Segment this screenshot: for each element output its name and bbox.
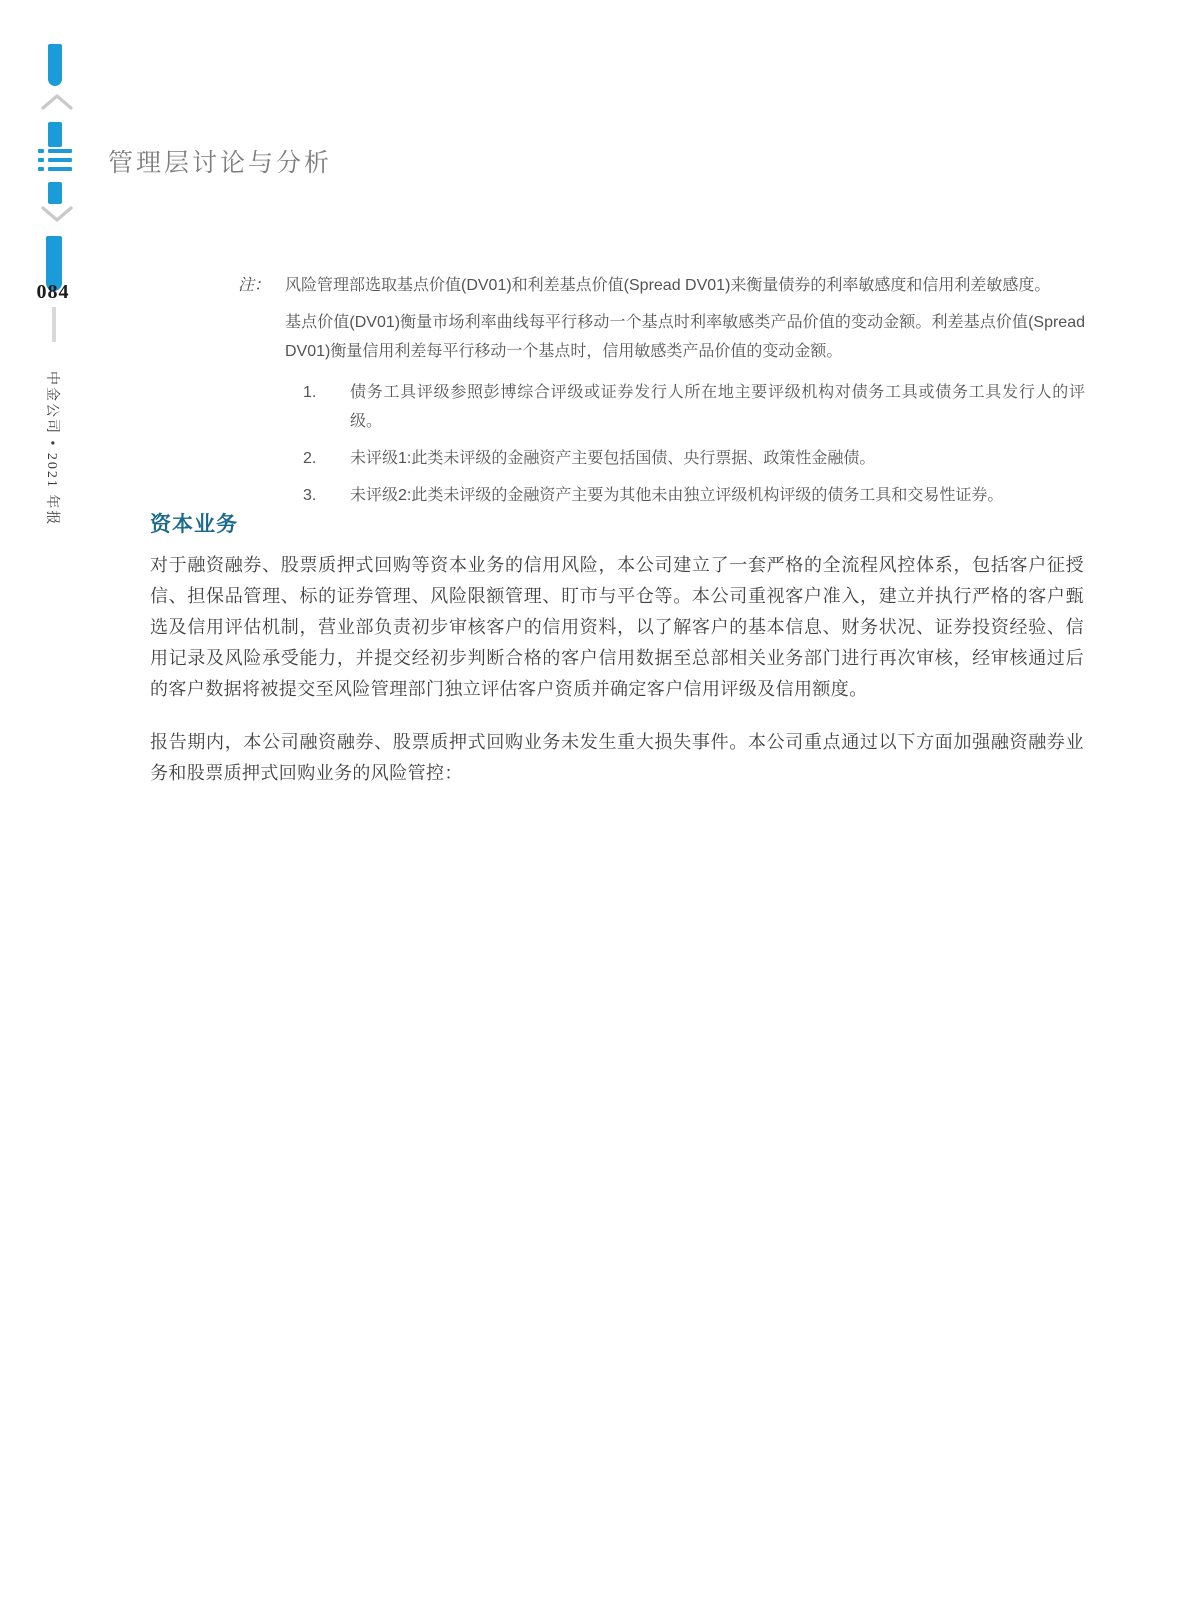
chapter-header: 管理层讨论与分析 [108,143,332,179]
page-number-rule [52,307,56,342]
note-intro-text: 风险管理部选取基点价值(DV01)和利差基点价值(Spread DV01)来衡量… [285,271,1085,300]
accent-square-1 [48,122,62,147]
chevron-down-icon [41,205,73,223]
body-paragraph-2: 报告期内，本公司融资融券、股票质押式回购业务未发生重大损失事件。本公司重点通过以… [150,727,1084,789]
note-item-number: 3. [303,481,350,510]
accent-bar-top [48,44,62,86]
note-item-text: 债务工具评级参照彭博综合评级或证券发行人所在地主要评级机构对债务工具或债务工具发… [350,378,1085,436]
note-item-1: 1. 债务工具评级参照彭博综合评级或证券发行人所在地主要评级机构对债务工具或债务… [238,378,1085,436]
note-item-number: 1. [303,378,350,436]
note-item-2: 2. 未评级1:此类未评级的金融资产主要包括国债、央行票据、政策性金融债。 [238,444,1085,473]
note-label: 注： [238,271,285,300]
vertical-report-caption: 中金公司 • 2021 年报 [43,371,63,526]
list-icon [38,149,72,176]
note-item-3: 3. 未评级2:此类未评级的金融资产主要为其他未由独立评级机构评级的债务工具和交… [238,481,1085,510]
page-number: 084 [28,281,78,304]
report-page: 084 中金公司 • 2021 年报 管理层讨论与分析 注： 风险管理部选取基点… [0,0,1190,1615]
note-item-text: 未评级1:此类未评级的金融资产主要包括国债、央行票据、政策性金融债。 [350,444,1085,473]
note-items: 1. 债务工具评级参照彭博综合评级或证券发行人所在地主要评级机构对债务工具或债务… [238,378,1085,510]
note-item-text: 未评级2:此类未评级的金融资产主要为其他未由独立评级机构评级的债务工具和交易性证… [350,481,1085,510]
body-paragraph-1: 对于融资融券、股票质押式回购等资本业务的信用风险，本公司建立了一套严格的全流程风… [150,550,1084,705]
chevron-up-icon [41,93,73,111]
note-item-number: 2. [303,444,350,473]
note-detail-text: 基点价值(DV01)衡量市场利率曲线每平行移动一个基点时利率敏感类产品价值的变动… [285,308,1085,366]
accent-square-2 [48,182,62,204]
section-title: 资本业务 [150,508,238,538]
footnotes-block: 注： 风险管理部选取基点价值(DV01)和利差基点价值(Spread DV01)… [238,271,1085,518]
